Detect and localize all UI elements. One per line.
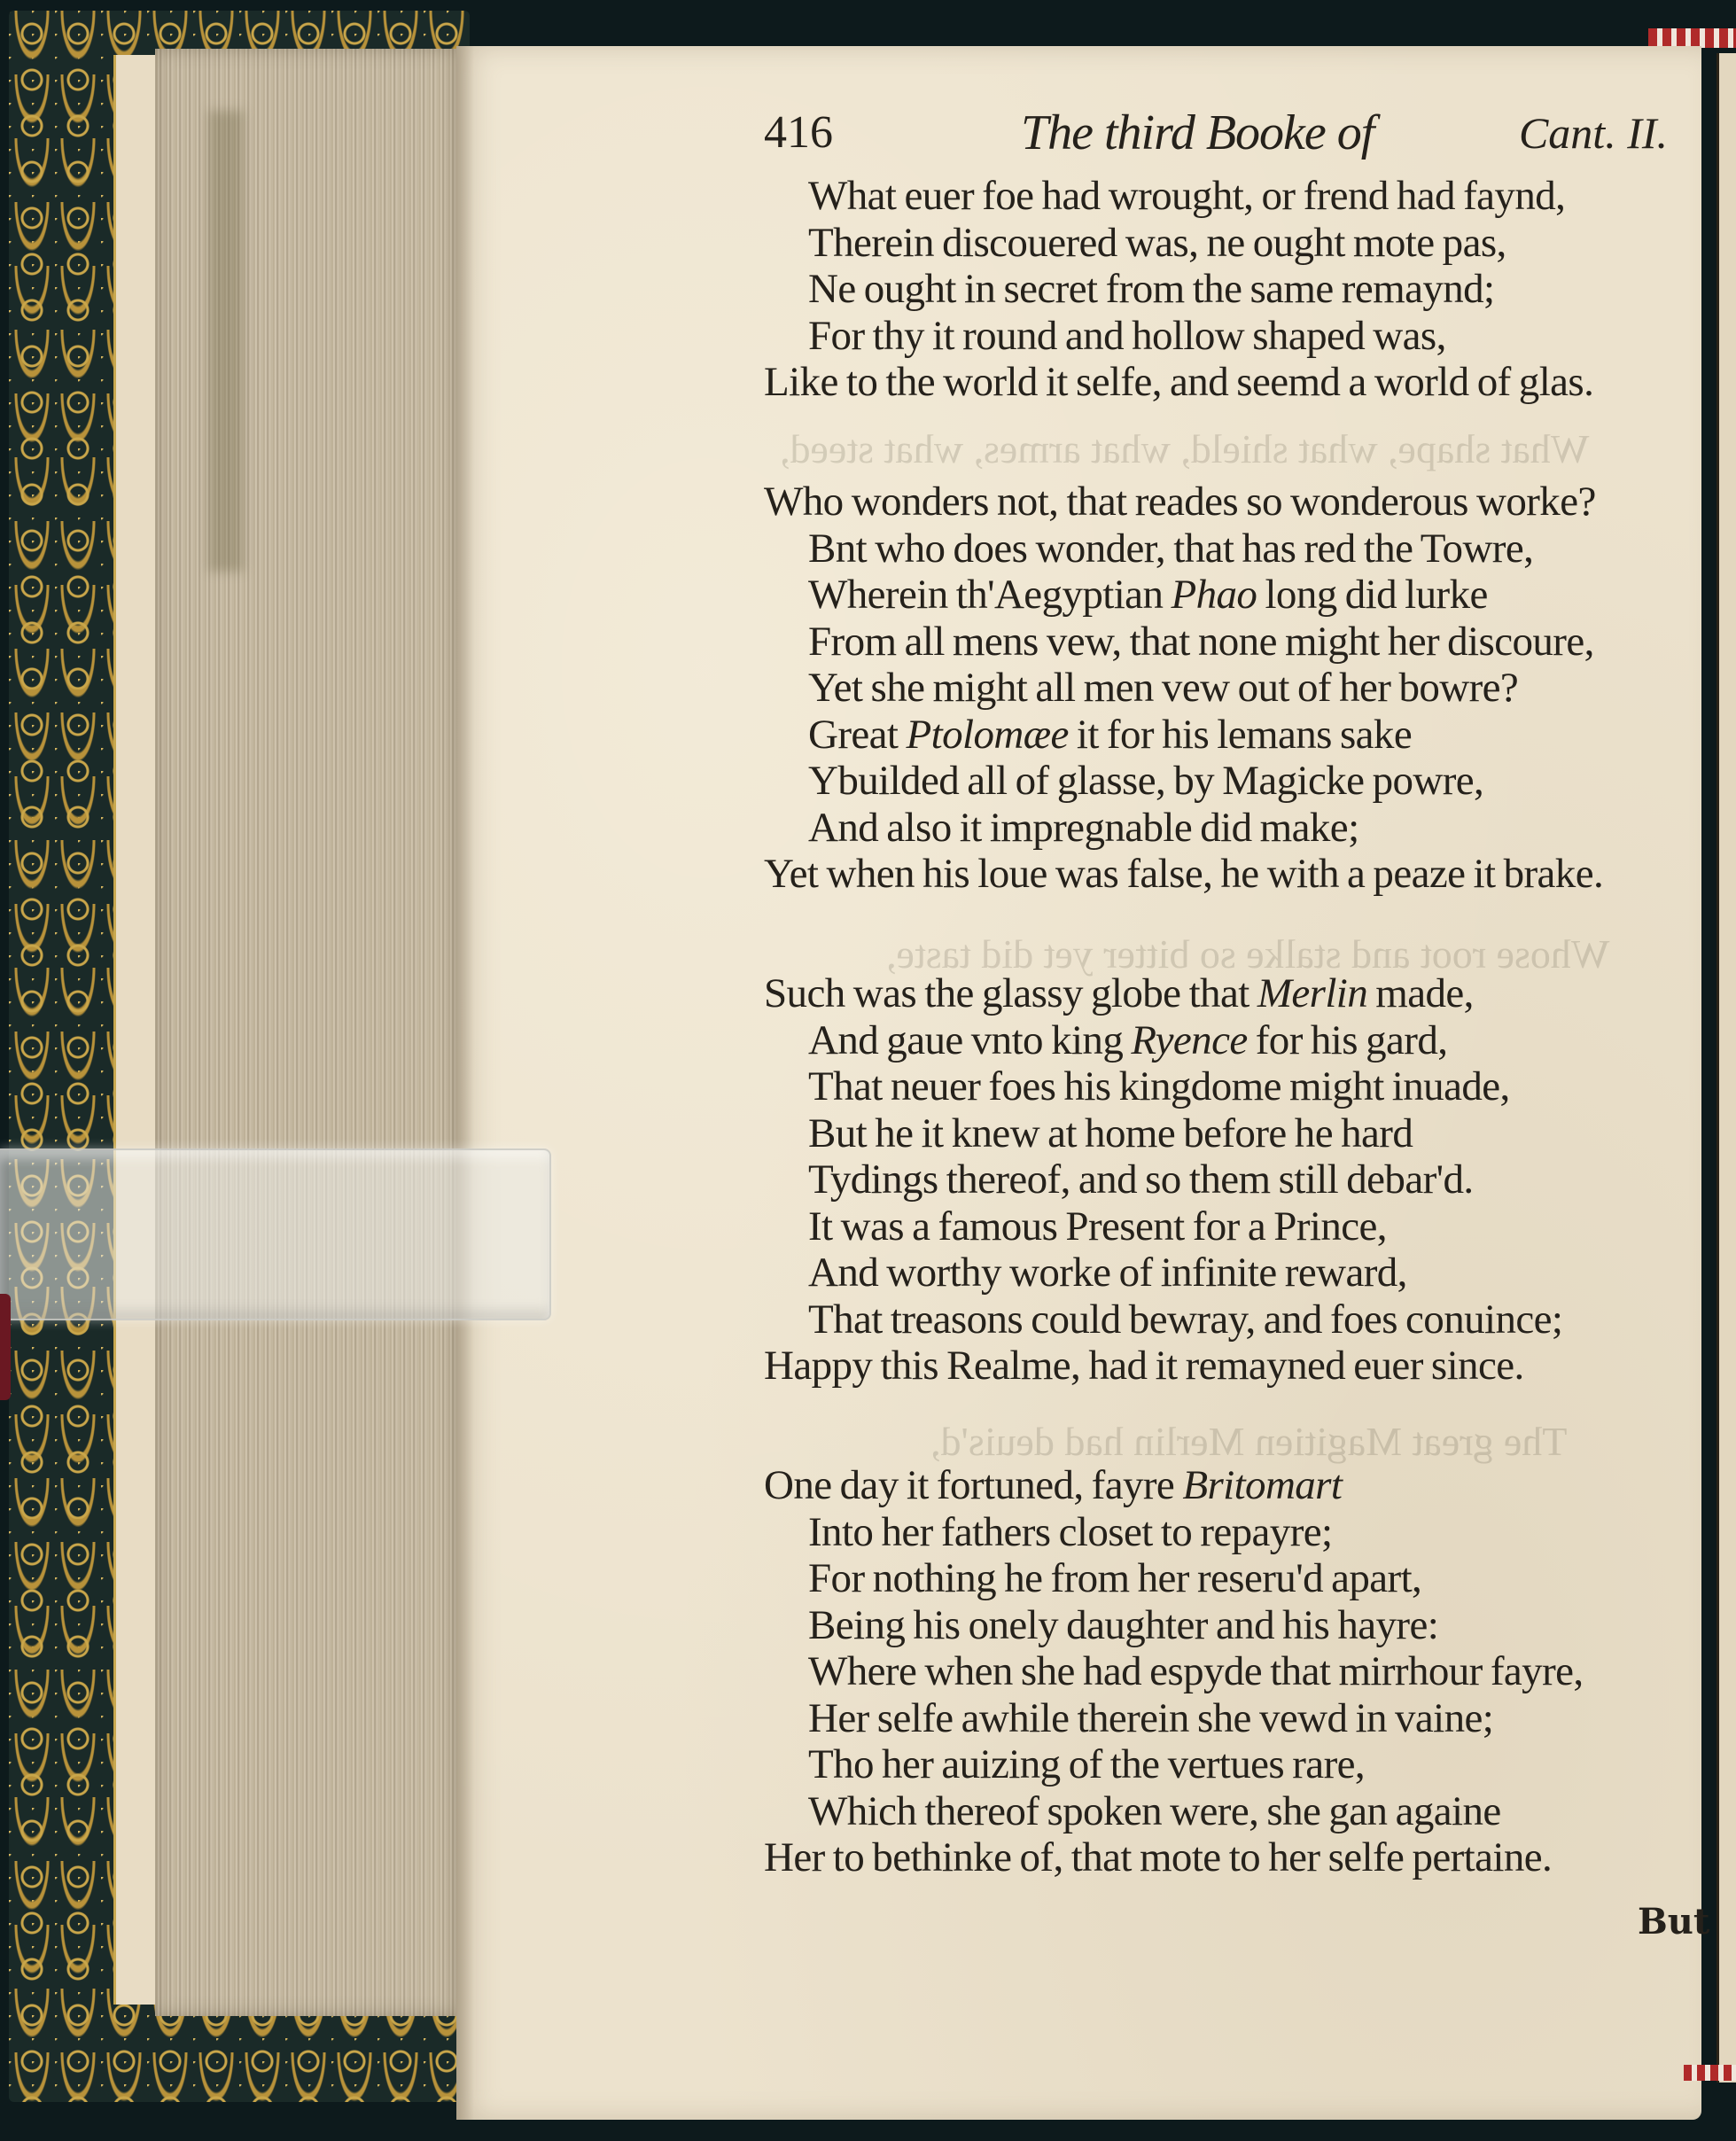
verse-fragment: it for his lemans sake [1069, 712, 1412, 758]
catchword: But [1638, 1901, 1709, 1942]
right-page-edge [1717, 53, 1736, 2083]
proper-name: Britomart [1182, 1462, 1342, 1508]
proper-name: Merlin [1257, 970, 1367, 1016]
proper-name: Ptolomæe [907, 712, 1069, 758]
verse-fragment: And gaue vnto king [808, 1017, 1131, 1063]
verse-line: Yet when his loue was false, he with a p… [764, 851, 1703, 898]
page-gutter-shadow [456, 46, 474, 2120]
verse-line: Therein discouered was, ne ought mote pa… [764, 220, 1703, 267]
verse-line: Like to the world it selfe, and seemd a … [764, 359, 1703, 406]
verse-line: Wherein th'Aegyptian Phao long did lurke [764, 572, 1703, 619]
stanza: What euer foe had wrought, or frend had … [764, 173, 1703, 406]
verse-line: For thy it round and hollow shaped was, [764, 313, 1703, 360]
verse-line: Her selfe awhile therein she vewd in vai… [764, 1695, 1703, 1742]
stanza: Such was the glassy globe that Merlin ma… [764, 970, 1703, 1390]
verse-line: One day it fortuned, fayre Britomart [764, 1462, 1703, 1509]
verse-line: Where when she had espyde that mirrhour … [764, 1648, 1703, 1695]
verse-line: It was a famous Present for a Prince, [764, 1203, 1703, 1250]
verse-line: Great Ptolomæe it for his lemans sake [764, 712, 1703, 759]
verse-fragment: long did lurke [1257, 572, 1487, 618]
show-through-text: The great Magitien Merlin had deuis'd, [930, 1418, 1568, 1465]
verse-line: Bnt who does wonder, that has red the To… [764, 526, 1703, 572]
verse-line: Such was the glassy globe that Merlin ma… [764, 970, 1703, 1017]
verse-line: Into her fathers closet to repayre; [764, 1509, 1703, 1556]
verse-line: Who wonders not, that reades so wonderou… [764, 479, 1703, 526]
verse-fragment: Great [808, 712, 907, 758]
canto-label: Cant. II. [1519, 97, 1668, 168]
verse-line: Tho her auizing of the vertues rare, [764, 1741, 1703, 1788]
verse-line: Happy this Realme, had it remayned euer … [764, 1343, 1703, 1390]
verse-line: Which thereof spoken were, she gan again… [764, 1788, 1703, 1835]
verse-line: From all mens vew, that none might her d… [764, 619, 1703, 666]
verse-fragment: Wherein th'Aegyptian [808, 572, 1172, 618]
verse-line: That neuer foes his kingdome might inuad… [764, 1063, 1703, 1110]
show-through-text: What shape, what shield, what armes, wha… [780, 425, 1589, 472]
headband-bottom [1684, 2065, 1736, 2081]
verse-line: And worthy worke of infinite reward, [764, 1250, 1703, 1296]
verse-line: Being his onely daughter and his hayre: [764, 1602, 1703, 1649]
verse-line: For nothing he from her reseru'd apart, [764, 1555, 1703, 1602]
proper-name: Phao [1172, 572, 1257, 618]
verse-fragment: made, [1367, 970, 1474, 1016]
verse-line: Yet she might all men vew out of her bow… [764, 665, 1703, 712]
verse-line: Tydings thereof, and so them still debar… [764, 1156, 1703, 1203]
page-block-fore-edge [155, 49, 456, 2016]
verse-fragment: for his gard, [1248, 1017, 1448, 1063]
page-number: 416 [764, 97, 833, 168]
verse-fragment: One day it fortuned, fayre [764, 1462, 1182, 1508]
running-head: 416 The third Booke of Cant. II. [764, 97, 1668, 168]
verse-line: Ybuilded all of glasse, by Magicke powre… [764, 758, 1703, 805]
glass-page-weight [0, 1148, 551, 1320]
headband-top [1648, 28, 1736, 48]
verse-line: What euer foe had wrought, or frend had … [764, 173, 1703, 220]
verse-line: And also it impregnable did make; [764, 805, 1703, 852]
stanza: One day it fortuned, fayre BritomartInto… [764, 1462, 1703, 1881]
ribbon-marker [0, 1294, 11, 1400]
proper-name: Ryence [1131, 1017, 1247, 1063]
verse-line: That treasons could bewray, and foes con… [764, 1296, 1703, 1343]
running-title: The third Booke of [1021, 97, 1374, 168]
verse-fragment: Such was the glassy globe that [764, 970, 1257, 1016]
verse-line: Ne ought in secret from the same remaynd… [764, 266, 1703, 313]
verse-line: Her to bethinke of, that mote to her sel… [764, 1834, 1703, 1881]
verse-line: And gaue vnto king Ryence for his gard, [764, 1017, 1703, 1064]
verse-line: But he it knew at home before he hard [764, 1110, 1703, 1157]
stanza: Who wonders not, that reades so wonderou… [764, 479, 1703, 898]
